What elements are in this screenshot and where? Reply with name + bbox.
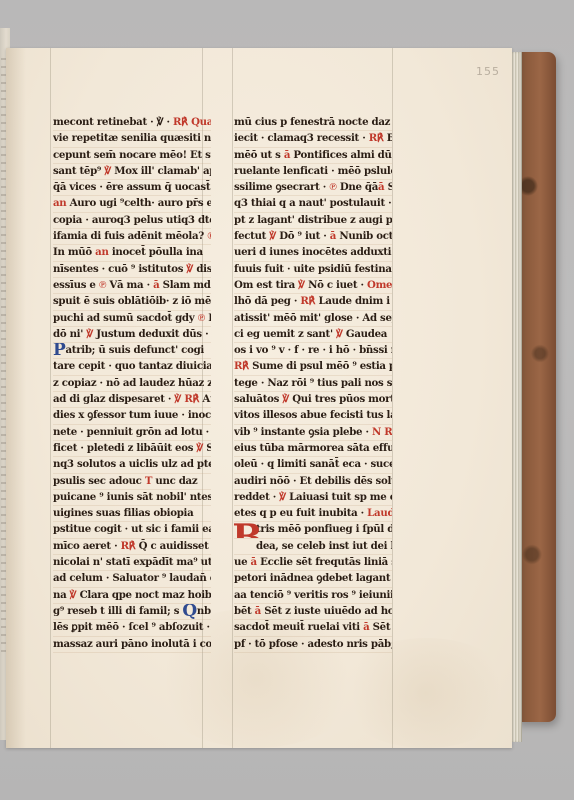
text-line: ue ā Ecclie sēt frequtās liniā sac xyxy=(234,555,392,571)
text-line: oleū · q limiti sanāt̄ eca · sucede xyxy=(234,457,392,473)
text-line: copia · auroq3 pelus utiq3 dtestabli xyxy=(53,213,211,229)
rubric: ℣ xyxy=(269,230,276,242)
script-text: uigines suas filias obiopia xyxy=(53,507,193,519)
rubric: ℣ xyxy=(86,328,93,340)
script-text: In mūō xyxy=(53,246,95,258)
script-text: atissit' mēō mit' glose · Ad sepulez xyxy=(234,312,392,324)
text-line: ueri d iunes inocētes adduxti q̄bz ō xyxy=(234,245,392,261)
text-line: sant tēp⁹ ℣ Mox ill' clamab' appt xyxy=(53,164,211,180)
decorated-initial-blue: Q xyxy=(182,604,197,618)
script-text: ue xyxy=(234,556,251,568)
rubric: an xyxy=(95,246,108,258)
script-text: petori inādnea ꝯdebet lagant xyxy=(234,572,392,584)
text-line: aa tenciō ⁹ veritis ros ⁹ ieiuniis macā xyxy=(234,588,392,604)
script-text: pt z lagant' distribue z augi pāby xyxy=(234,214,392,226)
script-text: ifamia di fuis adēnit mēola? xyxy=(53,230,207,242)
script-text: vie repetitæ senilia quæsiti naute xyxy=(53,132,211,144)
script-text: cepunt sem̄ nocare mēo! Et stati cel xyxy=(53,149,211,161)
text-line: mēō ut s ā Pontifices almi dūina xyxy=(234,148,392,164)
text-line: lēs ꝑpit mēō · ſcel ⁹ abſozuit · et xyxy=(53,620,211,636)
text-line: mū cius p fenestrā nocte daz xyxy=(234,115,392,131)
text-line: dies x ꝯfessor tum iuue · inocētu xyxy=(53,408,211,424)
script-text: spuit ē suis oblātiōib· z iō mēnit xyxy=(53,295,211,307)
script-text: psulis sec adouc xyxy=(53,475,145,487)
script-text: os i vo ⁹ v · f · re · i hō · bn̄ssi mēō… xyxy=(234,344,392,356)
script-text: pstitue cogit · ut sic i famii eax xyxy=(53,523,211,535)
text-line: fectut ℣ Dō ⁹ iut · ā Nunib oct xyxy=(234,229,392,245)
text-column-left: mecont retinebat · ℣ · R℟ Quadvie repeti… xyxy=(53,115,211,653)
text-line: an Auro ugi ⁹celth· auro pr̄s eax xyxy=(53,196,211,212)
script-text: aa tenciō ⁹ veritis ros ⁹ ieiuniis macā xyxy=(234,589,392,601)
script-text: Ses xyxy=(384,181,392,193)
script-text: Sēt mēō xyxy=(369,621,392,633)
script-text: ad celum · Saluator ⁹ laudan̄ clem xyxy=(53,572,211,584)
script-text: Laiuasi tuit sp me expi xyxy=(286,491,392,503)
text-line: ifamia di fuis adēnit mēola? ℗ xyxy=(53,229,211,245)
rubric: an xyxy=(53,197,66,209)
script-text: unc daz xyxy=(152,475,197,487)
text-line: pstitue cogit · ut sic i famii eax xyxy=(53,522,211,538)
script-text: ficet · pletedi z libāūit eos xyxy=(53,442,196,454)
script-text: Dō ⁹ iut · xyxy=(276,230,330,242)
text-line: puicane ⁹ iunis sāt nobil' ntes xyxy=(53,490,211,506)
script-text: mecont retinebat · ℣ · xyxy=(53,116,173,128)
text-line: nete · penniuit grōn ad lotu · Quo xyxy=(53,425,211,441)
script-text: sant tēp⁹ xyxy=(53,165,104,177)
text-line: R℟ Sume di psul mēō ⁹ estia p xyxy=(234,359,392,375)
text-line: saluātos ℣ Qui tres pūos mortud xyxy=(234,392,392,408)
script-text: inocet̄ pōulla ina xyxy=(109,246,203,258)
script-text: tege · Naz rōi ⁹ tius pali nos sp d̄e xyxy=(234,377,392,389)
text-line: dea, se celeb inst iut dei hoib'ia xyxy=(234,539,392,555)
rubric: ℣ xyxy=(104,165,111,177)
script-text: massaz auri pāno inolutā i co xyxy=(53,638,211,650)
text-line: fuuis fuit · uite psidiū festinat · ℗ xyxy=(234,262,392,278)
text-line: q3 thiai q a naut' postulauit · ame xyxy=(234,196,392,212)
text-line: Om est tira ℣ Nō c iuet · Ome xyxy=(234,278,392,294)
script-text: Nunib oct xyxy=(336,230,392,242)
text-line: Btris mēō ponfiueg i ſpūl dixit xyxy=(234,522,392,538)
script-text: puchi ad sumū sacdot̄ gdy xyxy=(53,312,198,324)
script-text: Dō xyxy=(205,312,211,324)
script-text: Mox ill' clamab' appt xyxy=(111,165,211,177)
script-text: Sti xyxy=(203,442,211,454)
script-text: atrib; ū suis defunct' cogi xyxy=(65,344,204,356)
rubric: ℗ xyxy=(329,181,336,193)
script-text: Btiis xyxy=(384,132,392,144)
script-text: etes q p eu fuit inubita · xyxy=(234,507,367,519)
text-line: pt z lagant' distribue z augi pāby xyxy=(234,213,392,229)
script-text: Q̄ c auidisset sī xyxy=(135,540,211,552)
leather-cover-edge xyxy=(516,52,556,722)
script-text: ueri d iunes inocētes adduxti q̄bz ō xyxy=(234,246,392,258)
script-text: ad di glaz dispesaret · xyxy=(53,393,174,405)
script-text: Justum deduxit dūs · xyxy=(93,328,208,340)
text-line: nīsentes · cuō ⁹ istitutos ℣ discipls xyxy=(53,262,211,278)
script-text: tare cepit · quo tantaz diuicia xyxy=(53,360,211,372)
text-line: atissit' mēō mit' glose · Ad sepulez xyxy=(234,311,392,327)
rubric: R℟ Quad xyxy=(173,116,211,128)
script-text: lhō dā peg · xyxy=(234,295,300,307)
script-text: pf · tō pfose · adesto nris pāb; pi⁹ ac … xyxy=(234,638,392,650)
text-line: bēt ā Sēt z iuste uiuēdo ad honorē xyxy=(234,604,392,620)
script-text: sacdot̄ meuit̄ ruelai viti xyxy=(234,621,363,633)
text-line: tare cepit · quo tantaz diuicia xyxy=(53,359,211,375)
text-line: pf · tō pfose · adesto nris pāb; pi⁹ ac … xyxy=(234,637,392,653)
text-line: lhō dā peg · R℟ Laude dnim i bn xyxy=(234,294,392,310)
script-text: Sēt z iuste uiuēdo ad honorē xyxy=(261,605,392,617)
rubric: R℟ xyxy=(234,360,249,372)
text-line: q̄ā vices · ēre assum q̄ uocast̄ me · Et xyxy=(53,180,211,196)
script-text: lēs ꝑpit mēō · ſcel ⁹ abſozuit · et xyxy=(53,621,211,633)
text-line: tege · Naz rōi ⁹ tius pali nos sp d̄e xyxy=(234,376,392,392)
text-line: cepunt sem̄ nocare mēo! Et stati cel xyxy=(53,148,211,164)
script-text: Ecclie sēt frequtās liniā sac xyxy=(257,556,392,568)
text-line: essīus e ℗ Vā ma · ā Slam mdi xyxy=(53,278,211,294)
script-text: iecit · clamaq3 recessit · xyxy=(234,132,369,144)
script-text: Sume di psul mēō ⁹ estia p xyxy=(249,360,392,372)
script-text: Gaudea xyxy=(343,328,387,340)
script-text: Dne q̄ā xyxy=(337,181,378,193)
text-line: vie repetitæ senilia quæsiti naute xyxy=(53,131,211,147)
script-text: Pontifices almi dūina xyxy=(290,149,392,161)
script-text: na xyxy=(53,589,70,601)
text-line: reddet · ℣ Laiuasi tuit sp me expi xyxy=(234,490,392,506)
script-text: nbi xyxy=(197,605,211,617)
rubric: ℣ xyxy=(298,279,305,291)
rubric: Laudes xyxy=(367,507,392,519)
text-line: ssilime ꝯsecrart · ℗ Dne q̄āā Ses xyxy=(234,180,392,196)
script-text: vib ⁹ instante ꝯsia plebe · xyxy=(234,426,372,438)
text-line: puchi ad sumū sacdot̄ gdy ℗ Dō xyxy=(53,311,211,327)
rubric: ℣ xyxy=(279,491,286,503)
rubric: R℟ xyxy=(121,540,136,552)
script-text: Nō c iuet · xyxy=(305,279,367,291)
script-text: dō ni' xyxy=(53,328,86,340)
folio-number: 155 xyxy=(476,65,500,78)
script-text: tris mēō ponfiueg i ſpūl dixit xyxy=(256,523,392,535)
script-text: mū cius p fenestrā nocte daz xyxy=(234,116,390,128)
text-line: massaz auri pāno inolutā i co xyxy=(53,637,211,653)
script-text: ssilime ꝯsecrart · xyxy=(234,181,329,193)
script-text: Laude dnim i bn xyxy=(315,295,392,307)
text-line: eius tūba mārmorea sāta effunde xyxy=(234,441,392,457)
script-text: Qui tres pūos mortud xyxy=(289,393,392,405)
script-text: Om est tira xyxy=(234,279,298,291)
script-text: q̄ā vices · ēre assum q̄ uocast̄ me · Et xyxy=(53,181,211,193)
script-text: ruelante lenficati · mēō pslulē dno xyxy=(234,165,392,177)
text-column-right: mū cius p fenestrā nocte daziecit · clam… xyxy=(234,115,392,653)
script-text: Vā ma · xyxy=(106,279,153,291)
text-line: ad celum · Saluator ⁹ laudan̄ clem xyxy=(53,571,211,587)
rubric: ℣ R℟ xyxy=(174,393,199,405)
script-text: Au xyxy=(199,393,211,405)
ruling-line xyxy=(392,48,393,748)
script-text: Auro ugi ⁹celth· auro pr̄s eax xyxy=(66,197,211,209)
script-text: audiri nōō · Et debilis dēs solūes xyxy=(234,475,392,487)
script-text: nīsentes · cuō ⁹ istitutos xyxy=(53,263,186,275)
text-line: iecit · clamaq3 recessit · R℟ Btiis xyxy=(234,131,392,147)
script-text: vitos illesos abue fecisti tus lau xyxy=(234,409,392,421)
rubric: R℟ xyxy=(369,132,384,144)
script-text: dea, se celeb inst iut dei hoib'ia xyxy=(256,540,392,552)
script-text: copia · auroq3 pelus utiq3 dtestabli xyxy=(53,214,211,226)
text-line: g⁹ reseb t illi di famil; s Qnbi xyxy=(53,604,211,620)
script-text: ci eg uemit z sant' xyxy=(234,328,336,340)
text-line: psulis sec adouc T unc daz xyxy=(53,474,211,490)
decorated-initial-blue: P xyxy=(53,343,65,357)
decorated-initial-red: B xyxy=(234,522,262,538)
script-text: fectut xyxy=(234,230,269,242)
text-line: sacdot̄ meuit̄ ruelai viti ā Sēt mēō xyxy=(234,620,392,636)
text-line: petori inādnea ꝯdebet lagant ā insti xyxy=(234,571,392,587)
script-text: z copiaz · nō ad laudez hūaz z xyxy=(53,377,211,389)
text-line: vitos illesos abue fecisti tus lau xyxy=(234,408,392,424)
text-line: z copiaz · nō ad laudez hūaz z xyxy=(53,376,211,392)
parchment-stain xyxy=(336,638,516,748)
text-line: nicolai n' statī expādīt ma⁹ utsq3 xyxy=(53,555,211,571)
text-line: os i vo ⁹ v · f · re · i hō · bn̄ssi mēō… xyxy=(234,343,392,359)
ruling-line xyxy=(50,48,51,748)
text-line: ficet · pletedi z libāūit eos ℣ Sti xyxy=(53,441,211,457)
text-line: na ℣ Clara qpe noct maz hoib' di xyxy=(53,588,211,604)
rubric: ℣ xyxy=(282,393,289,405)
script-text: nq3 solutos a uiclis ulz ad ptemi xyxy=(53,458,211,470)
text-line: ci eg uemit z sant' ℣ Gaudea xyxy=(234,327,392,343)
script-text: reddet · xyxy=(234,491,279,503)
rubric: ℣ xyxy=(336,328,343,340)
text-line: mecont retinebat · ℣ · R℟ Quad xyxy=(53,115,211,131)
text-line: ruelante lenficati · mēō pslulē dno xyxy=(234,164,392,180)
script-text: puicane ⁹ iunis sāt nobil' ntes xyxy=(53,491,211,503)
script-text: essīus e xyxy=(53,279,99,291)
text-line: uigines suas filias obiopia xyxy=(53,506,211,522)
text-line: dō ni' ℣ Justum deduxit dūs · xyxy=(53,327,211,343)
script-text: nete · penniuit grōn ad lotu · Quo xyxy=(53,426,211,438)
text-line: In mūō an inocet̄ pōulla ina xyxy=(53,245,211,261)
rubric: N R℟ xyxy=(372,426,392,438)
rubric: Ome xyxy=(367,279,392,291)
text-line: audiri nōō · Et debilis dēs solūes xyxy=(234,474,392,490)
script-text: Clara qpe noct maz hoib' di xyxy=(76,589,211,601)
text-line: spuit ē suis oblātiōib· z iō mēnit xyxy=(53,294,211,310)
rubric: ℗ xyxy=(207,230,211,242)
text-line: ad di glaz dispesaret · ℣ R℟ Au xyxy=(53,392,211,408)
text-line: mīco aeret · R℟ Q̄ c auidisset sī xyxy=(53,539,211,555)
script-text: mīco aeret · xyxy=(53,540,121,552)
text-line: nq3 solutos a uiclis ulz ad ptemi xyxy=(53,457,211,473)
script-text: fuuis fuit · uite psidiū festinat · xyxy=(234,263,392,275)
script-text: g⁹ reseb t illi di famil; s xyxy=(53,605,182,617)
text-line: etes q p eu fuit inubita · Laudes xyxy=(234,506,392,522)
script-text: q3 thiai q a naut' postulauit · ame xyxy=(234,197,392,209)
script-text: Slam mdi xyxy=(159,279,211,291)
script-text: bēt xyxy=(234,605,255,617)
manuscript-page: 155 mecont retinebat · ℣ · R℟ Quadvie re… xyxy=(6,48,512,748)
ruling-line xyxy=(232,48,233,748)
script-text: nicolai n' statī expādīt ma⁹ utsq3 xyxy=(53,556,211,568)
rubric: R℟ xyxy=(300,295,315,307)
rubric: ℗ xyxy=(198,312,205,324)
script-text: discipls xyxy=(193,263,211,275)
text-line: Patrib; ū suis defunct' cogi xyxy=(53,343,211,359)
script-text: eius tūba mārmorea sāta effunde xyxy=(234,442,392,454)
script-text: oleū · q limiti sanāt̄ eca · sucede xyxy=(234,458,392,470)
script-text: saluātos xyxy=(234,393,282,405)
script-text: dies x ꝯfessor tum iuue · inocētu xyxy=(53,409,211,421)
text-line: vib ⁹ instante ꝯsia plebe · N R℟ Ex xyxy=(234,425,392,441)
script-text: mēō ut s xyxy=(234,149,284,161)
